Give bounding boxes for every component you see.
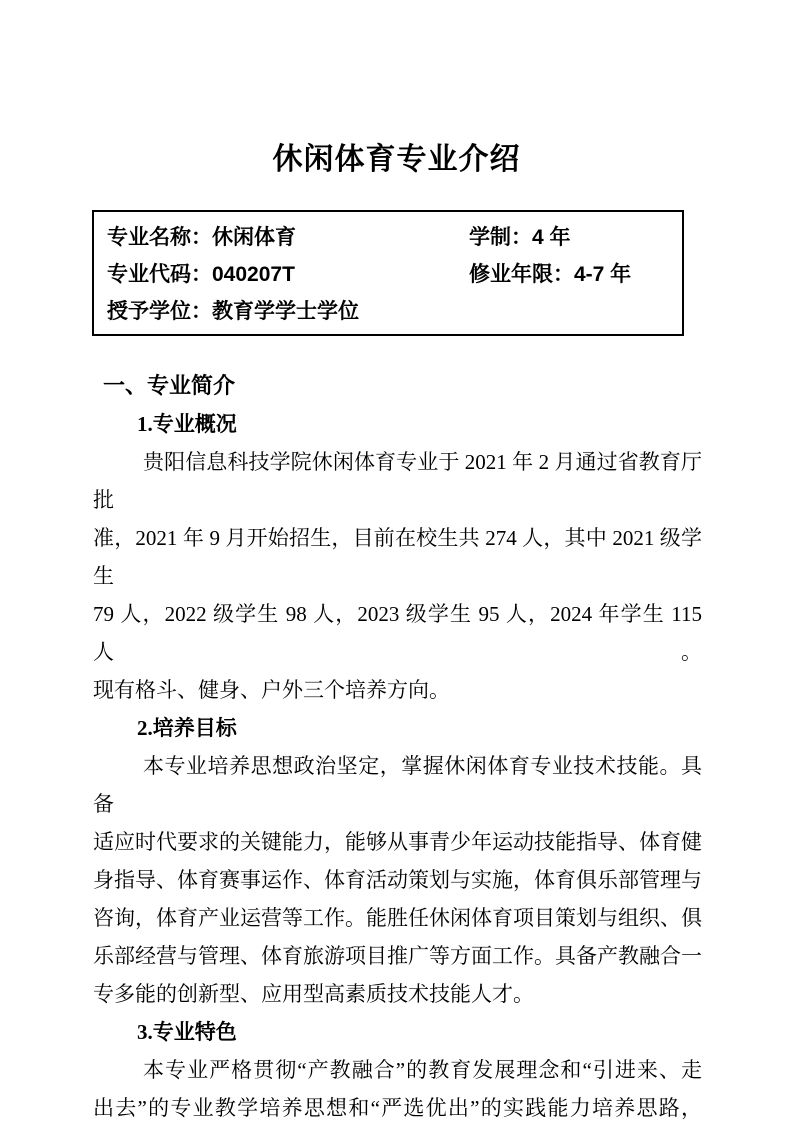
info-row-name: 专业名称：休闲体育 学制：4 年 [107, 219, 682, 256]
subsection-heading-overview: 1.专业概况 [93, 405, 702, 443]
major-name: 专业名称：休闲体育 [107, 219, 469, 256]
paragraph-line: 现有格斗、健身、户外三个培养方向。 [93, 671, 702, 709]
section-heading-intro: 一、专业简介 [93, 367, 702, 405]
info-row-code: 专业代码：040207T 修业年限：4-7 年 [107, 256, 682, 293]
paragraph-line: 出去”的专业教学培养思想和“严选优出”的实践能力培养思路， [93, 1089, 702, 1122]
paragraph-line: 贵阳信息科技学院休闲体育专业于 2021 年 2 月通过省教育厅批 [93, 443, 702, 519]
paragraph-line: 咨询，体育产业运营等工作。能胜任休闲体育项目策划与组织、俱 [93, 899, 702, 937]
degree-awarded: 授予学位：教育学学士学位 [107, 293, 469, 330]
study-length: 学制：4 年 [469, 219, 682, 256]
document-page: 休闲体育专业介绍 专业名称：休闲体育 学制：4 年 专业代码：040207T 修… [0, 0, 793, 1122]
document-body: 一、专业简介 1.专业概况 贵阳信息科技学院休闲体育专业于 2021 年 2 月… [93, 367, 702, 1122]
subsection-heading-objectives: 2.培养目标 [93, 709, 702, 747]
paragraph-line: 本专业培养思想政治坚定，掌握休闲体育专业技术技能。具备 [93, 747, 702, 823]
info-row-degree: 授予学位：教育学学士学位 [107, 293, 682, 330]
paragraph-line: 专多能的创新型、应用型高素质技术技能人才。 [93, 975, 702, 1013]
info-right-empty [469, 293, 682, 330]
paragraph-line: 准，2021 年 9 月开始招生，目前在校生共 274 人，其中 2021 级学… [93, 519, 702, 595]
study-years-range: 修业年限：4-7 年 [469, 256, 682, 293]
major-info-box: 专业名称：休闲体育 学制：4 年 专业代码：040207T 修业年限：4-7 年… [92, 210, 684, 336]
paragraph-line: 乐部经营与管理、体育旅游项目推广等方面工作。具备产教融合一 [93, 937, 702, 975]
major-code: 专业代码：040207T [107, 256, 469, 293]
document-title: 休闲体育专业介绍 [0, 140, 793, 180]
paragraph-line: 79 人，2022 级学生 98 人，2023 级学生 95 人，2024 年学… [93, 595, 702, 671]
paragraph-line: 身指导、体育赛事运作、体育活动策划与实施，体育俱乐部管理与 [93, 861, 702, 899]
paragraph-line: 本专业严格贯彻“产教融合”的教育发展理念和“引进来、走 [93, 1051, 702, 1089]
subsection-heading-features: 3.专业特色 [93, 1013, 702, 1051]
paragraph-line: 适应时代要求的关键能力，能够从事青少年运动技能指导、体育健 [93, 823, 702, 861]
